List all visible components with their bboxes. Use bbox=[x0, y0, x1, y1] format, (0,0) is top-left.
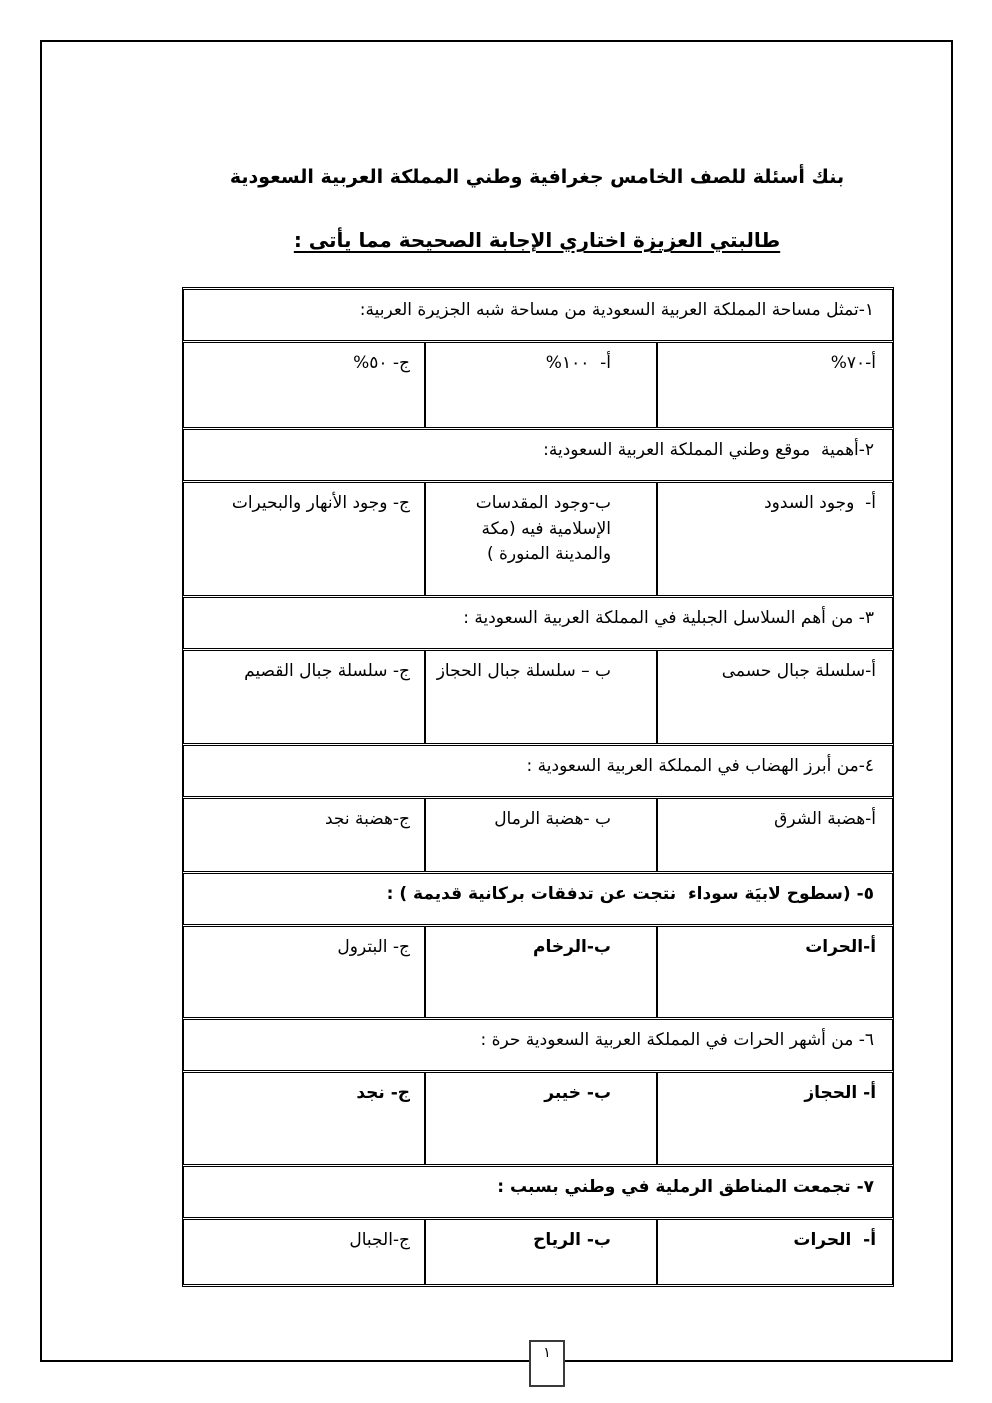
question-6-option-c: ج- نجد bbox=[183, 1072, 425, 1165]
options-row-6: أ- الحجاز ب- خيبر ج- نجد bbox=[183, 1072, 893, 1165]
question-6-option-a: أ- الحجاز bbox=[657, 1072, 893, 1165]
question-6-text: ٦- من أشهر الحرات في المملكة العربية الس… bbox=[183, 1019, 893, 1071]
question-5-option-c: ج- البترول bbox=[183, 926, 425, 1018]
question-1-text: ١-تمثل مساحة المملكة العربية السعودية من… bbox=[183, 289, 893, 341]
question-4-option-a: أ-هضبة الشرق bbox=[657, 798, 893, 872]
question-5-text: ٥- (سطوح لابيَة سوداء نتجت عن تدفقات برك… bbox=[183, 873, 893, 925]
question-row-4: ٤-من أبرز الهضاب في المملكة العربية السع… bbox=[183, 745, 893, 797]
page-number: ١ bbox=[543, 1345, 551, 1361]
page-heading-text: طالبتي العزيزة اختاري الإجابة الصحيحة مم… bbox=[294, 228, 780, 252]
question-3-text: ٣- من أهم السلاسل الجبلية في المملكة الع… bbox=[183, 597, 893, 649]
question-2-option-b: ب-وجود المقدسات الإسلامية فيه (مكة والمد… bbox=[425, 482, 657, 596]
question-2-option-c: ج- وجود الأنهار والبحيرات bbox=[183, 482, 425, 596]
page-number-box: ١ bbox=[529, 1340, 565, 1387]
options-row-5: أ-الحرات ب-الرخام ج- البترول bbox=[183, 926, 893, 1018]
question-row-3: ٣- من أهم السلاسل الجبلية في المملكة الع… bbox=[183, 597, 893, 649]
question-7-text: ٧- تجمعت المناطق الرملية في وطني بسبب : bbox=[183, 1166, 893, 1218]
question-row-2: ٢-أهمية موقع وطني المملكة العربية السعود… bbox=[183, 429, 893, 481]
question-6-option-b: ب- خيبر bbox=[425, 1072, 657, 1165]
question-4-option-b: ب -هضبة الرمال bbox=[425, 798, 657, 872]
document-banner: بنك أسئلة للصف الخامس جغرافية وطني الممل… bbox=[182, 166, 892, 188]
options-row-2: أ- وجود السدود ب-وجود المقدسات الإسلامية… bbox=[183, 482, 893, 596]
options-row-1: أ-٧٠% أ- ١٠٠% ج- ٥٠% bbox=[183, 342, 893, 428]
question-7-option-b: ب- الرياح bbox=[425, 1219, 657, 1285]
questions-table: ١-تمثل مساحة المملكة العربية السعودية من… bbox=[182, 287, 894, 1287]
question-3-option-a: أ-سلسلة جبال حسمى bbox=[657, 650, 893, 744]
options-row-3: أ-سلسلة جبال حسمى ب – سلسلة جبال الحجاز … bbox=[183, 650, 893, 744]
question-4-text: ٤-من أبرز الهضاب في المملكة العربية السع… bbox=[183, 745, 893, 797]
question-3-option-c: ج- سلسلة جبال القصيم bbox=[183, 650, 425, 744]
question-1-option-a: أ-٧٠% bbox=[657, 342, 893, 428]
question-4-option-c: ج-هضبة نجد bbox=[183, 798, 425, 872]
page-heading: طالبتي العزيزة اختاري الإجابة الصحيحة مم… bbox=[182, 228, 892, 252]
options-row-7: أ- الحرات ب- الرياح ج-الجبال bbox=[183, 1219, 893, 1285]
question-1-option-c: ج- ٥٠% bbox=[183, 342, 425, 428]
question-2-option-a: أ- وجود السدود bbox=[657, 482, 893, 596]
question-row-5: ٥- (سطوح لابيَة سوداء نتجت عن تدفقات برك… bbox=[183, 873, 893, 925]
options-row-4: أ-هضبة الشرق ب -هضبة الرمال ج-هضبة نجد bbox=[183, 798, 893, 872]
question-row-7: ٧- تجمعت المناطق الرملية في وطني بسبب : bbox=[183, 1166, 893, 1218]
question-7-option-c: ج-الجبال bbox=[183, 1219, 425, 1285]
question-row-1: ١-تمثل مساحة المملكة العربية السعودية من… bbox=[183, 289, 893, 341]
question-5-option-b: ب-الرخام bbox=[425, 926, 657, 1018]
question-2-text: ٢-أهمية موقع وطني المملكة العربية السعود… bbox=[183, 429, 893, 481]
question-row-6: ٦- من أشهر الحرات في المملكة العربية الس… bbox=[183, 1019, 893, 1071]
question-5-option-a: أ-الحرات bbox=[657, 926, 893, 1018]
question-7-option-a: أ- الحرات bbox=[657, 1219, 893, 1285]
question-1-option-b: أ- ١٠٠% bbox=[425, 342, 657, 428]
question-3-option-b: ب – سلسلة جبال الحجاز bbox=[425, 650, 657, 744]
